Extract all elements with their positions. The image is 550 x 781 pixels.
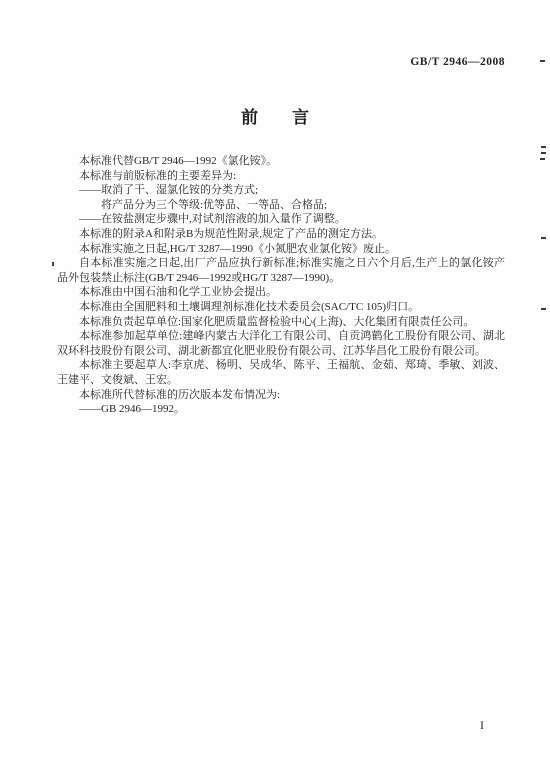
scan-artifact (541, 152, 546, 154)
foreword-paragraph: 本标准参加起草单位:建峰内蒙古大洋化工有限公司、自贡鸿鹤化工股份有限公司、湖北双… (57, 329, 505, 358)
foreword-paragraph: ——在铵盐测定步骤中,对试剂溶液的加入量作了调整。 (57, 212, 505, 227)
page-title: 前 言 (0, 103, 550, 128)
foreword-paragraph: 本标准实施之日起,HG/T 3287—1990《小氮肥农业氯化铵》废止。 (57, 242, 505, 257)
scan-artifact (52, 262, 54, 266)
foreword-paragraph: 本标准代替GB/T 2946—1992《氯化铵》。 (57, 154, 505, 169)
document-page: GB/T 2946—2008 前 言 本标准代替GB/T 2946—1992《氯… (0, 0, 550, 781)
scan-artifact (541, 237, 546, 239)
page-number: I (480, 718, 484, 733)
foreword-paragraph: 本标准负责起草单位:国家化肥质量监督检验中心(上海)、大化集团有限责任公司。 (57, 315, 505, 330)
scan-artifact (540, 60, 545, 62)
foreword-paragraph: ——GB 2946—1992。 (57, 402, 505, 417)
scan-artifact (541, 146, 546, 148)
foreword-paragraph: 本标准由全国肥料和土壤调理剂标准化技术委员会(SAC/TC 105)归口。 (57, 300, 505, 315)
foreword-paragraph: 本标准与前版标准的主要差异为: (57, 169, 505, 184)
foreword-paragraph: 本标准所代替标准的历次版本发布情况为: (57, 388, 505, 403)
foreword-paragraph: 本标准主要起草人:李京虎、杨明、吴成华、陈平、王福航、金茹、郑琦、季敏、刘波、王… (57, 358, 505, 387)
scan-artifact (540, 158, 545, 160)
foreword-body: 本标准代替GB/T 2946—1992《氯化铵》。 本标准与前版标准的主要差异为… (57, 154, 505, 417)
foreword-paragraph: ——取消了干、湿氯化铵的分类方式; (57, 183, 505, 198)
foreword-paragraph: 本标准的附录A和附录B为规范性附录,规定了产品的测定方法。 (57, 227, 505, 242)
foreword-paragraph: 将产品分为三个等级:优等品、一等品、合格品; (57, 198, 505, 213)
foreword-paragraph: 自本标准实施之日起,出厂产品应执行新标准;标准实施之日六个月后,生产上的氯化铵产… (57, 256, 505, 285)
scan-artifact (541, 308, 546, 310)
standard-code: GB/T 2946—2008 (410, 56, 505, 68)
foreword-paragraph: 本标准由中国石油和化学工业协会提出。 (57, 285, 505, 300)
